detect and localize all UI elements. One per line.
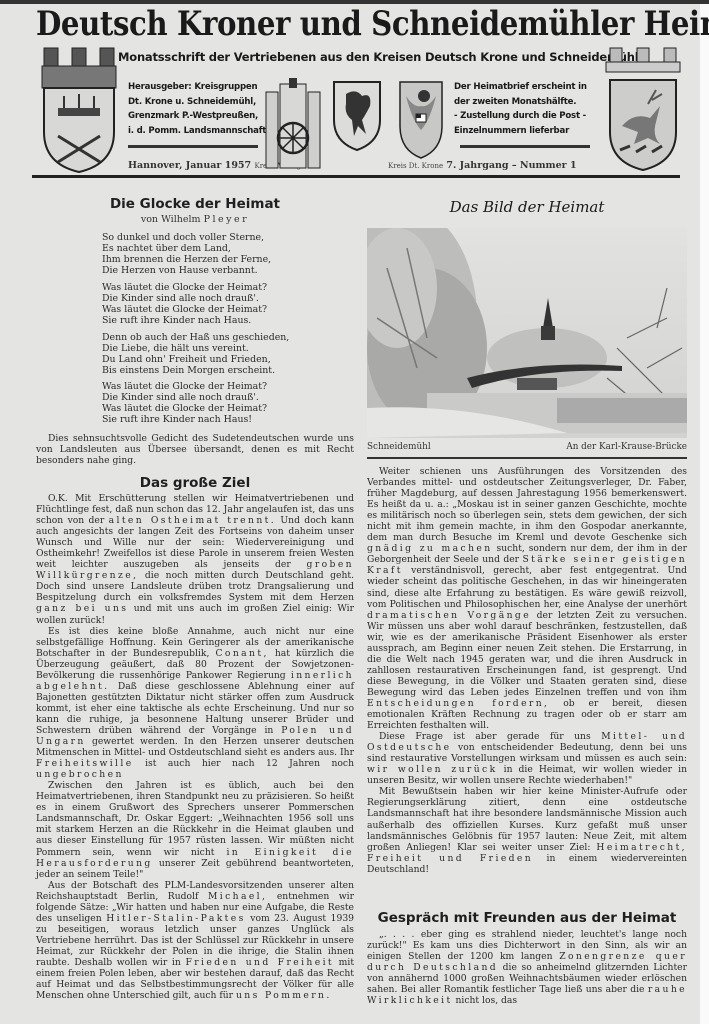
article2-title: Gespräch mit Freunden aus der Heimat	[367, 910, 687, 926]
winter-bridge-photo	[367, 228, 687, 438]
poem-line: Was läutet die Glocke der Heimat?	[102, 381, 267, 392]
info-line: Der Heimatbrief erscheint in	[454, 80, 594, 95]
divider	[367, 457, 687, 459]
paragraph: Zwischen den Jahren ist es üblich, auch …	[36, 780, 354, 879]
arms-label-dtkrone: Kreis Dt. Krone	[388, 162, 443, 170]
info-line: Einzelnummern lieferbar	[454, 124, 594, 139]
coat-of-arms-wittlage-icon	[262, 78, 324, 170]
poem-line: Was läutet die Glocke der Heimat?	[102, 403, 267, 414]
poem-line: Die Liebe, die hält uns vereint.	[102, 343, 289, 354]
page-edge	[700, 0, 709, 1024]
coat-of-arms-deutsch-krone-icon	[40, 46, 118, 174]
coat-of-arms-eagle-icon	[398, 80, 444, 160]
poem-line: Es nachtet über dem Land,	[102, 243, 271, 254]
article-title: Das große Ziel	[36, 475, 354, 491]
publisher-line: Grenzmark P.-Westpreußen,	[128, 109, 258, 124]
issue-date: Hannover, Januar 1957	[128, 160, 251, 171]
publisher-line: i. d. Pomm. Landsmannschaft	[128, 124, 258, 139]
coat-of-arms-schneidemuehl-icon	[604, 46, 682, 174]
coat-of-arms-griffin-icon	[332, 80, 382, 152]
poem-line: Sie ruft ihre Kinder nach Haus.	[102, 315, 267, 326]
masthead-subtitle: Monatsschrift der Vertriebenen aus den K…	[118, 50, 598, 64]
poem-line: Die Kinder sind alle noch drauß'.	[102, 293, 267, 304]
paragraph: Mit Bewußtsein haben wir hier keine Mini…	[367, 786, 687, 874]
poem-note: Dies sehnsuchtsvolle Gedicht des Sudeten…	[36, 433, 354, 466]
poem-line: Was läutet die Glocke der Heimat?	[102, 304, 267, 315]
poem-line: Was läutet die Glocke der Heimat?	[102, 282, 267, 293]
paragraph: „. . . . eber ging es strahlend nieder, …	[367, 929, 687, 1006]
poem-line: Du Land ohn' Freiheit und Frieden,	[102, 354, 289, 365]
poem-line: Bis einstens Dein Morgen erscheint.	[102, 365, 289, 376]
poem-line: Ihm brennen die Herzen der Ferne,	[102, 254, 271, 265]
info-line: - Zustellung durch die Post -	[454, 109, 594, 124]
caption-place: Schneidemühl	[367, 442, 431, 452]
poem-stanza: Denn ob auch der Haß uns geschieden, Die…	[102, 332, 289, 376]
paragraph: Es ist dies keine bloße Annahme, auch ni…	[36, 626, 354, 781]
poem-stanza: Was läutet die Glocke der Heimat? Die Ki…	[102, 282, 267, 326]
paragraph: Weiter schienen uns Ausführungen des Vor…	[367, 466, 687, 731]
author-prefix: von Wilhelm	[141, 214, 201, 225]
masthead-rule	[32, 175, 680, 178]
publisher-block: Herausgeber: Kreisgruppen Dt. Krone u. S…	[128, 80, 258, 138]
picture-title: Das Bild der Heimat	[367, 198, 687, 216]
poem-title: Die Glocke der Heimat	[36, 196, 354, 212]
divider	[460, 145, 590, 148]
divider	[128, 145, 258, 148]
paragraph: Aus der Botschaft des PLM-Landesvorsitze…	[36, 880, 354, 1002]
publisher-line: Herausgeber: Kreisgruppen	[128, 80, 258, 95]
article-body: O.K. Mit Erschütterung stellen wir Heima…	[36, 493, 354, 1001]
poem-note-text: Dies sehnsuchtsvolle Gedicht des Sudeten…	[36, 433, 354, 466]
info-block: Der Heimatbrief erscheint in der zweiten…	[454, 80, 594, 138]
publisher-line: Dt. Krone u. Schneidemühl,	[128, 95, 258, 110]
author-name: Pleyer	[204, 214, 250, 225]
poem-stanza: So dunkel und doch voller Sterne, Es nac…	[102, 232, 271, 276]
poem-line: Denn ob auch der Haß uns geschieden,	[102, 332, 289, 343]
poem-line: Sie ruft ihre Kinder nach Haus!	[102, 414, 267, 425]
issue-number: 7. Jahrgang – Nummer 1	[446, 160, 576, 171]
article2-body: „. . . . eber ging es strahlend nieder, …	[367, 929, 687, 1006]
poem-stanza: Was läutet die Glocke der Heimat? Die Ki…	[102, 381, 267, 425]
poem-line: So dunkel und doch voller Sterne,	[102, 232, 271, 243]
poem-author: von Wilhelm Pleyer	[36, 214, 354, 225]
poem-line: Die Kinder sind alle noch drauß'.	[102, 392, 267, 403]
caption-location: An der Karl-Krause-Brücke	[566, 442, 687, 452]
poem-line: Die Herzen von Hause verbannt.	[102, 265, 271, 276]
masthead-title: Deutsch Kroner und Schneidemühler Heimat…	[36, 4, 595, 44]
dateline-right: Kreis Dt. Krone 7. Jahrgang – Nummer 1	[388, 160, 577, 171]
info-line: der zweiten Monatshälfte.	[454, 95, 594, 110]
paragraph: O.K. Mit Erschütterung stellen wir Heima…	[36, 493, 354, 626]
paragraph: Diese Frage ist aber gerade für uns Mitt…	[367, 731, 687, 786]
article-continuation: Weiter schienen uns Ausführungen des Vor…	[367, 466, 687, 875]
